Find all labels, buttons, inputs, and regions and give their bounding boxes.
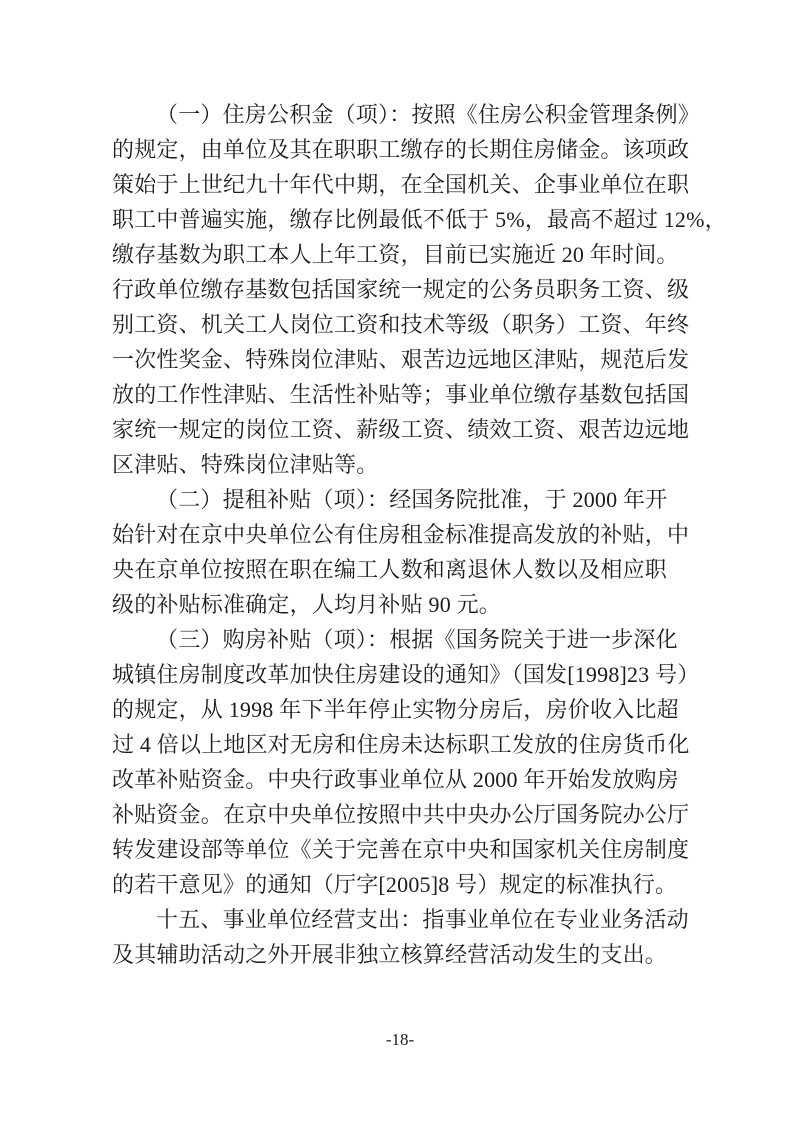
text-line: 职工中普遍实施，缴存比例最低不低于 5%，最高不超过 12%， — [112, 202, 690, 237]
document-page: （一）住房公积金（项）：按照《住房公积金管理条例》的规定，由单位及其在职职工缴存… — [0, 0, 800, 1131]
paragraph-4: 十五、事业单位经营支出：指事业单位在专业业务活动及其辅助活动之外开展非独立核算经… — [112, 902, 690, 972]
text-line: 改革补贴资金。中央行政事业单位从 2000 年开始发放购房 — [112, 762, 690, 797]
text-line: 别工资、机关工人岗位工资和技术等级（职务）工资、年终 — [112, 307, 690, 342]
text-line: 级的补贴标准确定，人均月补贴 90 元。 — [112, 587, 690, 622]
text-line: 一次性奖金、特殊岗位津贴、艰苦边远地区津贴，规范后发 — [112, 342, 690, 377]
text-line: 央在京单位按照在职在编工人数和离退休人数以及相应职 — [112, 552, 690, 587]
text-line: 策始于上世纪九十年代中期，在全国机关、企事业单位在职 — [112, 167, 690, 202]
document-body: （一）住房公积金（项）：按照《住房公积金管理条例》的规定，由单位及其在职职工缴存… — [112, 97, 690, 972]
text-line: （二）提租补贴（项）：经国务院批准，于 2000 年开 — [112, 482, 690, 517]
text-line: 城镇住房制度改革加快住房建设的通知》（国发[1998]23 号） — [112, 657, 690, 692]
page-footer: -18- — [0, 1030, 800, 1050]
text-line: 区津贴、特殊岗位津贴等。 — [112, 447, 690, 482]
page-number: -18- — [386, 1030, 414, 1049]
text-line: 始针对在京中央单位公有住房租金标准提高发放的补贴，中 — [112, 517, 690, 552]
text-line: 补贴资金。在京中央单位按照中共中央办公厅国务院办公厅 — [112, 797, 690, 832]
text-line: 过 4 倍以上地区对无房和住房未达标职工发放的住房货币化 — [112, 727, 690, 762]
paragraph-1: （一）住房公积金（项）：按照《住房公积金管理条例》的规定，由单位及其在职职工缴存… — [112, 97, 690, 482]
text-line: （一）住房公积金（项）：按照《住房公积金管理条例》 — [112, 97, 690, 132]
paragraph-3: （三）购房补贴（项）：根据《国务院关于进一步深化城镇住房制度改革加快住房建设的通… — [112, 622, 690, 902]
text-line: （三）购房补贴（项）：根据《国务院关于进一步深化 — [112, 622, 690, 657]
text-line: 的若干意见》的通知（厅字[2005]8 号）规定的标准执行。 — [112, 867, 690, 902]
text-line: 十五、事业单位经营支出：指事业单位在专业业务活动 — [112, 902, 690, 937]
text-line: 的规定，由单位及其在职职工缴存的长期住房储金。该项政 — [112, 132, 690, 167]
text-line: 的规定，从 1998 年下半年停止实物分房后，房价收入比超 — [112, 692, 690, 727]
text-line: 放的工作性津贴、生活性补贴等；事业单位缴存基数包括国 — [112, 377, 690, 412]
paragraph-2: （二）提租补贴（项）：经国务院批准，于 2000 年开始针对在京中央单位公有住房… — [112, 482, 690, 622]
text-line: 缴存基数为职工本人上年工资，目前已实施近 20 年时间。 — [112, 237, 690, 272]
text-line: 转发建设部等单位《关于完善在京中央和国家机关住房制度 — [112, 832, 690, 867]
text-line: 家统一规定的岗位工资、薪级工资、绩效工资、艰苦边远地 — [112, 412, 690, 447]
text-line: 行政单位缴存基数包括国家统一规定的公务员职务工资、级 — [112, 272, 690, 307]
text-line: 及其辅助活动之外开展非独立核算经营活动发生的支出。 — [112, 937, 690, 972]
